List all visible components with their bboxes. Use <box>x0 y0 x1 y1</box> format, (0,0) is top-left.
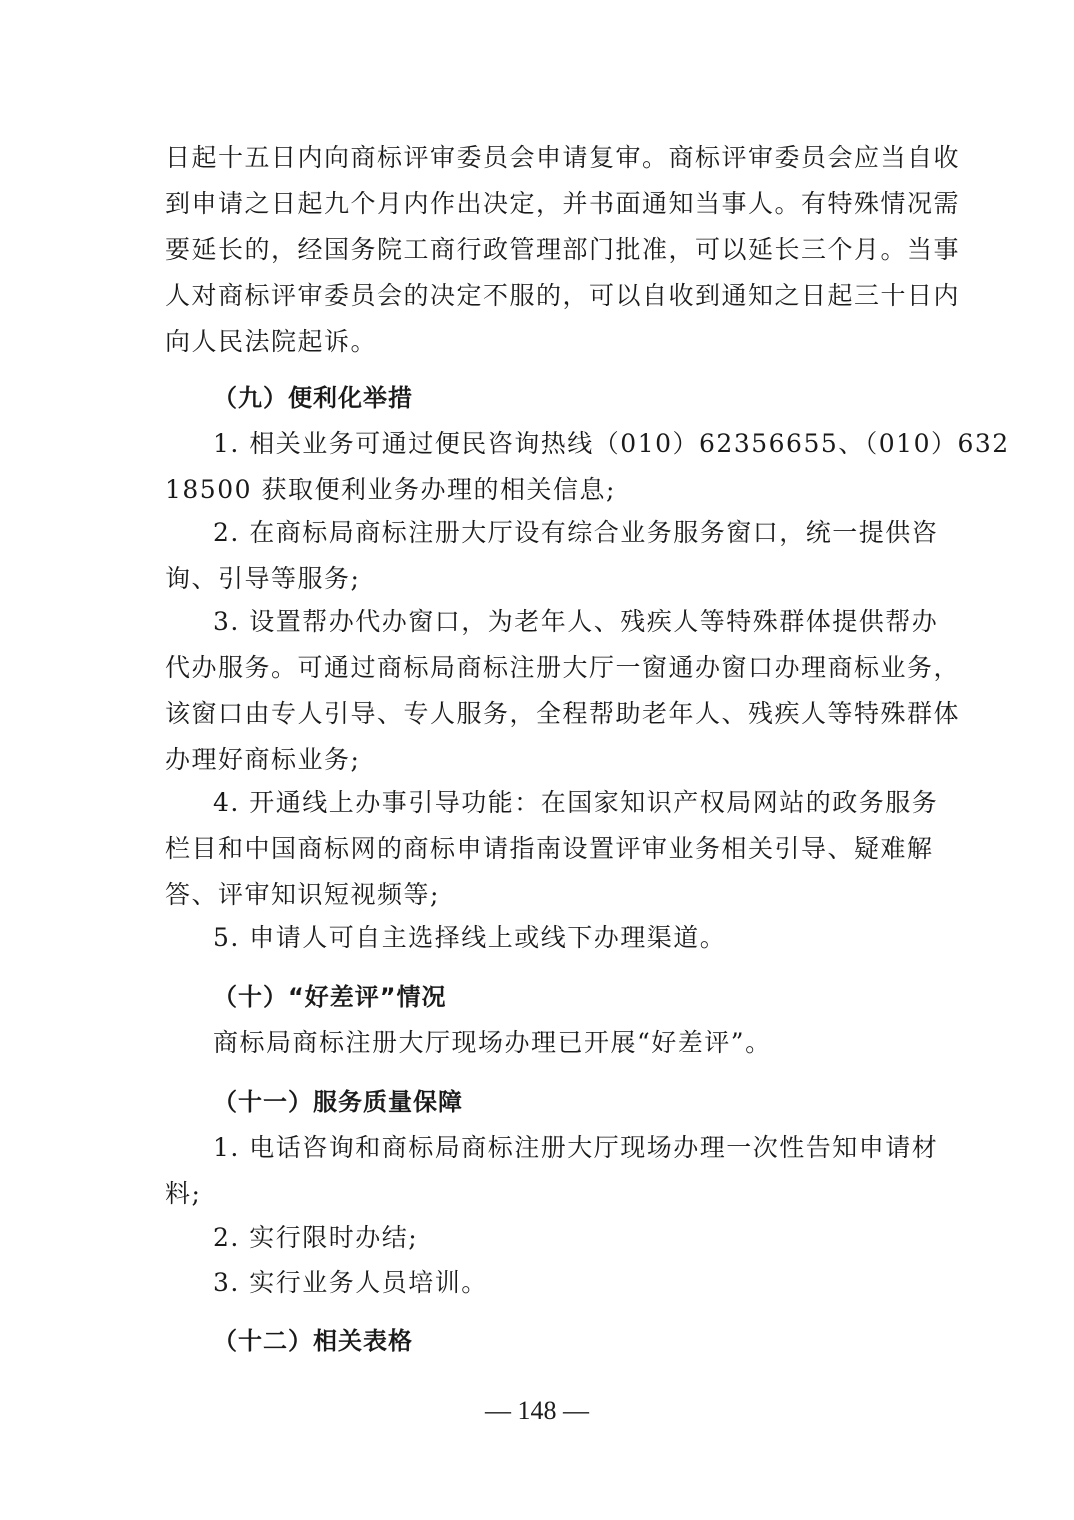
page-number: — 148 — <box>0 1391 1074 1431</box>
paragraph-line: 到申请之日起九个月内作出决定，并书面通知当事人。有特殊情况需 <box>165 181 913 227</box>
list-item-line: 5. 申请人可自主选择线上或线下办理渠道。 <box>213 915 913 961</box>
list-item-line: 办理好商标业务; <box>165 737 913 783</box>
section-heading-evaluation: （十）“好差评”情况 <box>213 974 447 1020</box>
section-heading-forms: （十二）相关表格 <box>213 1318 413 1364</box>
paragraph-line: 要延长的，经国务院工商行政管理部门批准，可以延长三个月。当事 <box>165 227 913 273</box>
document-page: 日起十五日内向商标评审委员会申请复审。商标评审委员会应当自收 到申请之日起九个月… <box>0 0 1074 1520</box>
list-item-line: 答、评审知识短视频等; <box>165 872 913 918</box>
list-item-line: 2. 实行限时办结; <box>213 1215 913 1261</box>
list-item-line: 3. 实行业务人员培训。 <box>213 1260 913 1306</box>
paragraph-line: 日起十五日内向商标评审委员会申请复审。商标评审委员会应当自收 <box>165 135 913 181</box>
list-item-line: 1. 相关业务可通过便民咨询热线（010）62356655、（010）632 <box>213 421 913 467</box>
section-heading-convenience: （九）便利化举措 <box>213 375 413 421</box>
list-item-line: 该窗口由专人引导、专人服务，全程帮助老年人、残疾人等特殊群体 <box>165 691 913 737</box>
list-item-line: 2. 在商标局商标注册大厅设有综合业务服务窗口，统一提供咨 <box>213 510 913 556</box>
list-item-line: 18500 获取便利业务办理的相关信息; <box>165 467 913 513</box>
section-heading-quality: （十一）服务质量保障 <box>213 1079 463 1125</box>
list-item-line: 料; <box>165 1171 913 1217</box>
list-item-line: 4. 开通线上办事引导功能：在国家知识产权局网站的政务服务 <box>213 780 913 826</box>
list-item-line: 询、引导等服务; <box>165 556 913 602</box>
list-item-line: 3. 设置帮办代办窗口，为老年人、残疾人等特殊群体提供帮办 <box>213 599 913 645</box>
list-item-line: 1. 电话咨询和商标局商标注册大厅现场办理一次性告知申请材 <box>213 1125 913 1171</box>
paragraph-line: 向人民法院起诉。 <box>165 319 913 365</box>
list-item-line: 栏目和中国商标网的商标申请指南设置评审业务相关引导、疑难解 <box>165 826 913 872</box>
paragraph-line: 人对商标评审委员会的决定不服的，可以自收到通知之日起三十日内 <box>165 273 913 319</box>
list-item-line: 代办服务。可通过商标局商标注册大厅一窗通办窗口办理商标业务， <box>165 645 913 691</box>
paragraph-line: 商标局商标注册大厅现场办理已开展“好差评”。 <box>213 1020 913 1066</box>
